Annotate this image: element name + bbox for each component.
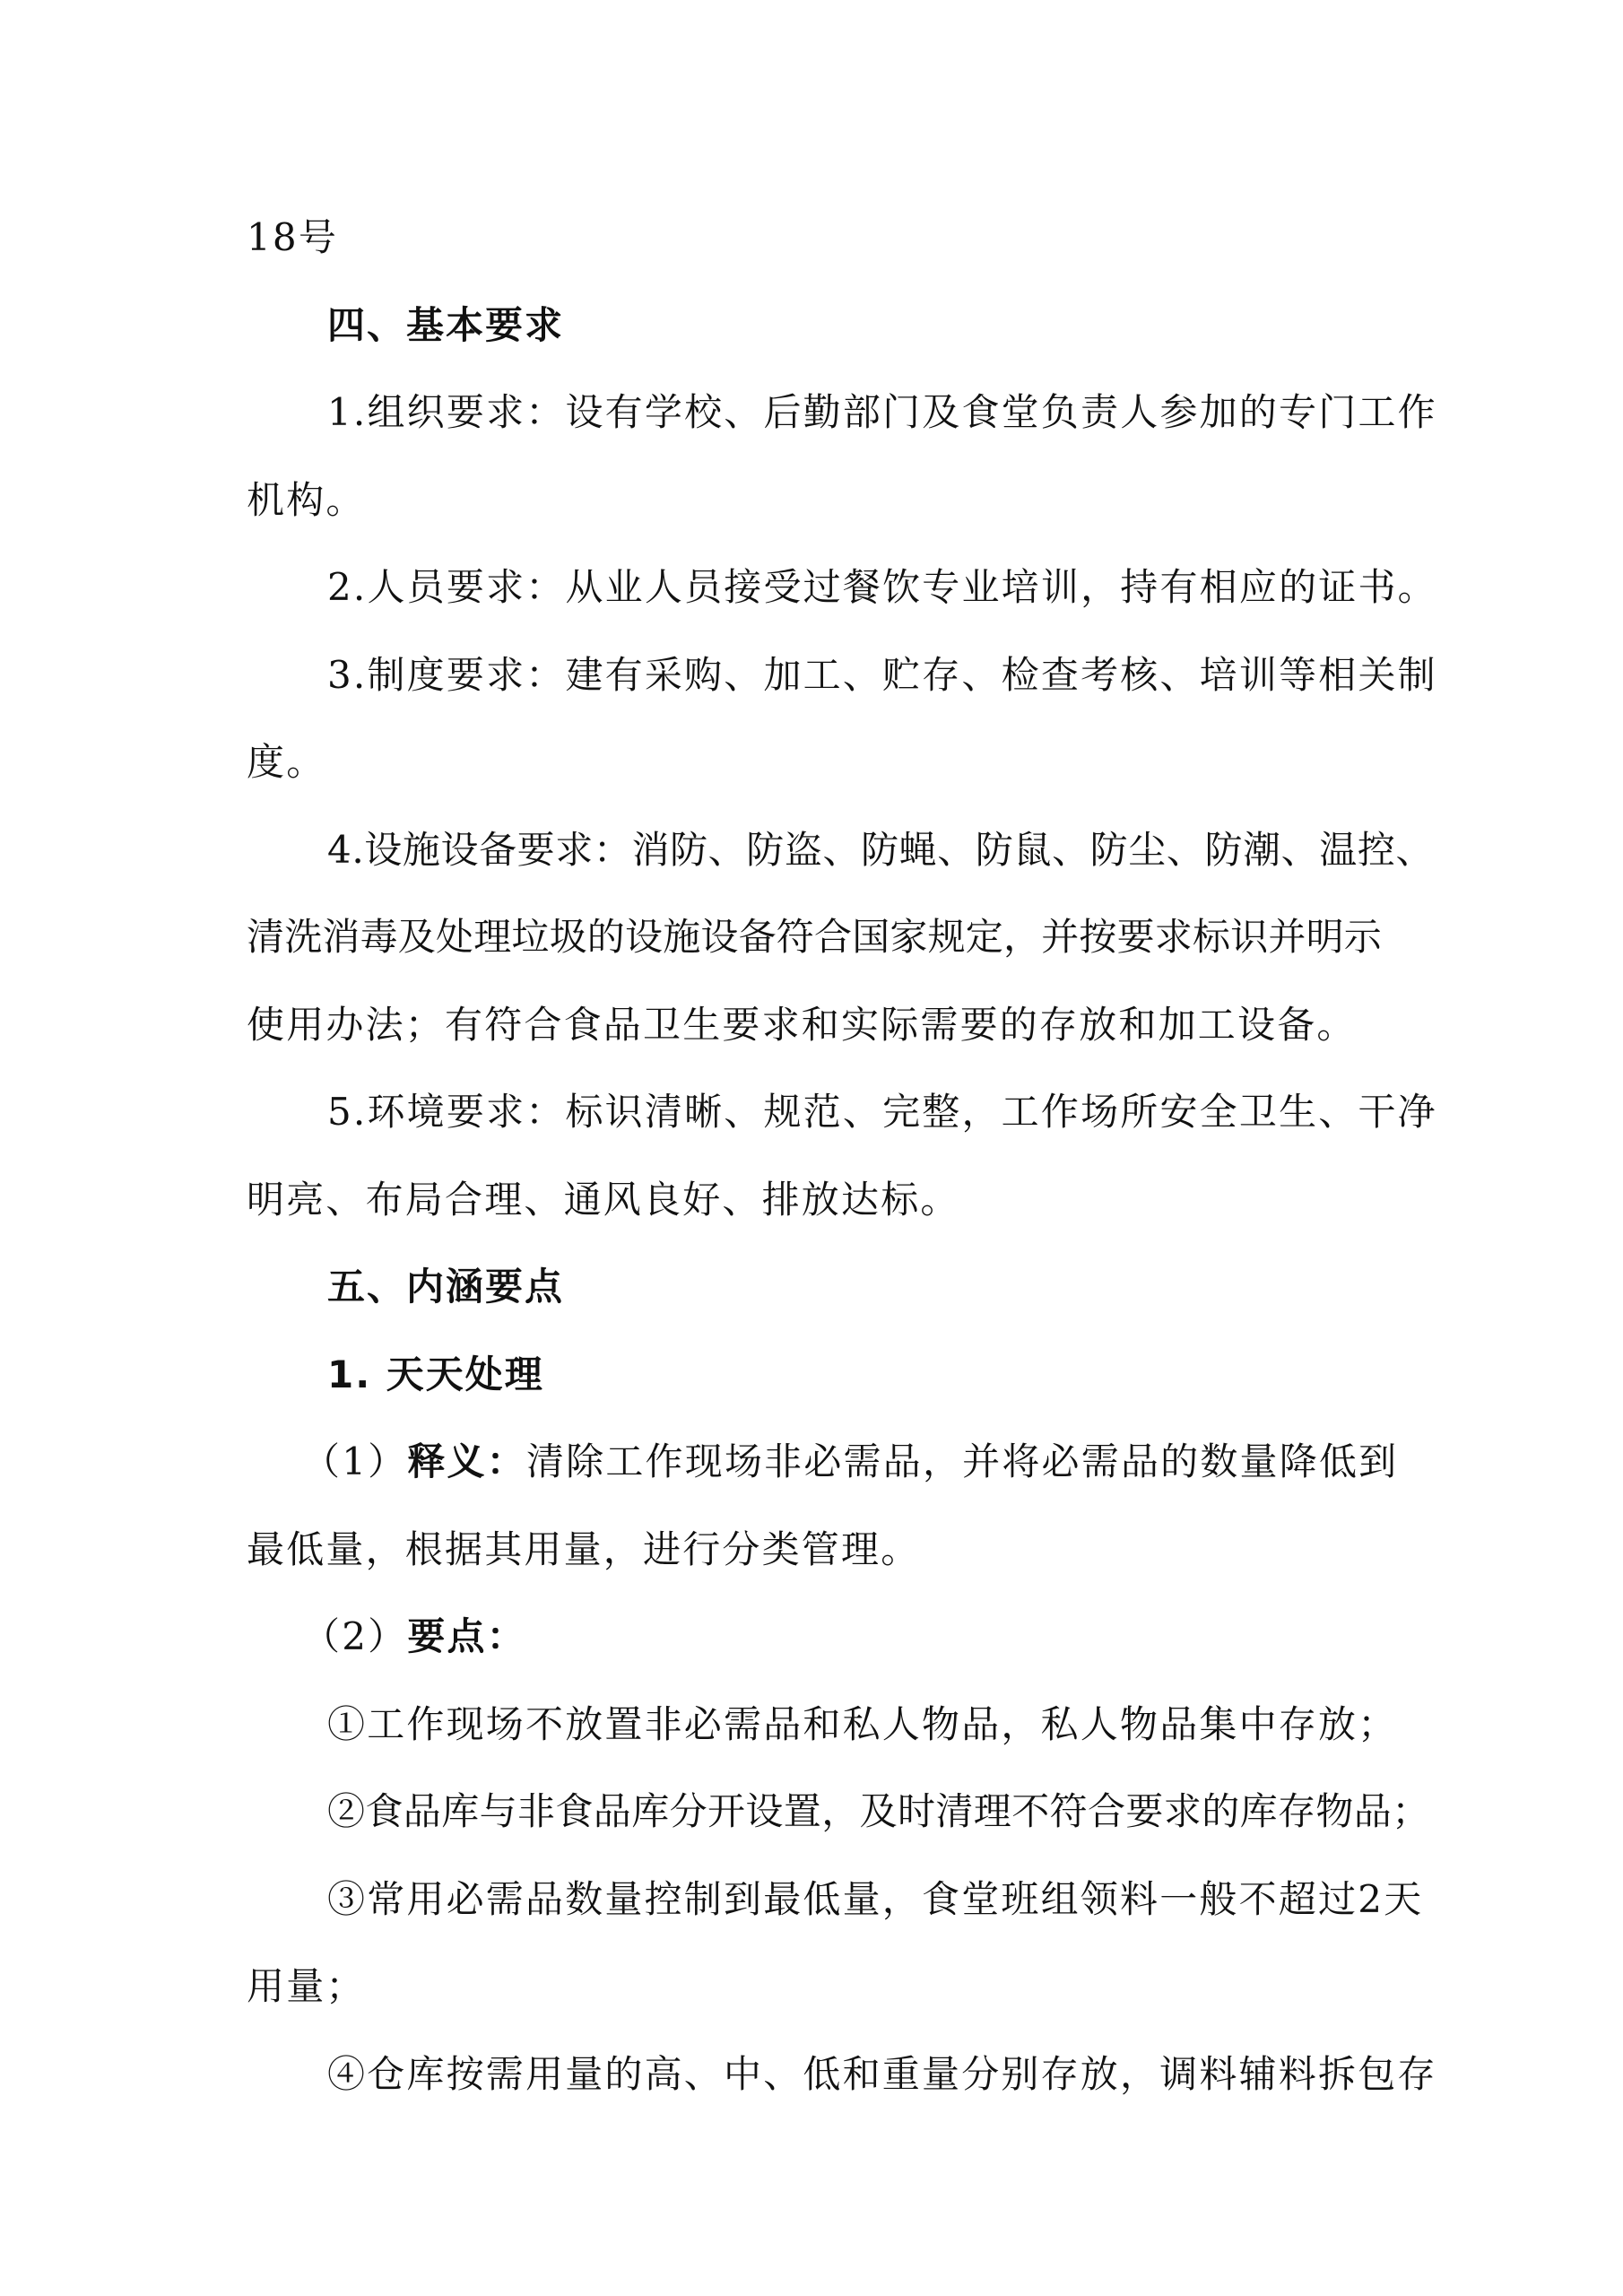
- paragraph-line: 明亮、布局合理、通风良好、排放达标。: [247, 1167, 1378, 1255]
- list-item: ③常用必需品数量控制到最低量，食堂班组领料一般不超过2天: [247, 1866, 1378, 1954]
- section-heading-basic-requirements: 四、基本要求: [247, 292, 1378, 380]
- list-item: ①工作现场不放置非必需品和私人物品，私人物品集中存放；: [247, 1692, 1378, 1779]
- paragraph-line: 5.环境要求：标识清晰、规范、完整，工作场所安全卫生、干净: [247, 1079, 1378, 1167]
- paragraph-line-definition: （1）释义：清除工作现场非必需品，并将必需品的数量降低到: [247, 1429, 1378, 1517]
- key-points-label: 要点：: [407, 1614, 526, 1658]
- paragraph-line: 4.设施设备要求：消防、防盗、防蝇、防鼠、防尘、防潮、温控、: [247, 817, 1378, 905]
- paragraph-line: 3.制度要求：建有采购、加工、贮存、检查考核、培训等相关制: [247, 642, 1378, 730]
- paragraph-line: 使用办法；有符合食品卫生要求和实际需要的存放和加工设备。: [247, 992, 1378, 1080]
- paragraph-line: 度。: [247, 729, 1378, 817]
- paragraph-line-key-points: （2）要点：: [247, 1604, 1378, 1692]
- item-prefix: （2）: [302, 1614, 407, 1658]
- subsection-heading-daily-handling: 1. 天天处理: [247, 1342, 1378, 1430]
- paragraph-line: 清洗消毒及处理垃圾的设施设备符合国家规定，并按要求标识并明示: [247, 904, 1378, 992]
- list-item: ②食品库与非食品库分开设置，及时清理不符合要求的库存物品；: [247, 1779, 1378, 1866]
- list-item-continuation: 用量；: [247, 1953, 1378, 2041]
- paragraph-line: 机构。: [247, 467, 1378, 555]
- definition-label: 释义：: [407, 1439, 526, 1483]
- paragraph-line: 1.组织要求：设有学校、后勤部门及食堂负责人参加的专门工作: [247, 379, 1378, 467]
- text-line: 18号: [247, 204, 1378, 292]
- document-page: 18号 四、基本要求 1.组织要求：设有学校、后勤部门及食堂负责人参加的专门工作…: [247, 204, 1378, 2128]
- paragraph-line: 2.人员要求：从业人员接受过餐饮专业培训，持有相应的证书。: [247, 554, 1378, 642]
- item-prefix: （1）: [302, 1439, 407, 1483]
- definition-text: 清除工作现场非必需品，并将必需品的数量降低到: [526, 1439, 1398, 1483]
- paragraph-line: 最低量，根据其用量，进行分类管理。: [247, 1517, 1378, 1605]
- section-heading-key-points: 五、内涵要点: [247, 1254, 1378, 1342]
- list-item: ④仓库按需用量的高、中、低和重量分别存放，调料辅料拆包存: [247, 2041, 1378, 2129]
